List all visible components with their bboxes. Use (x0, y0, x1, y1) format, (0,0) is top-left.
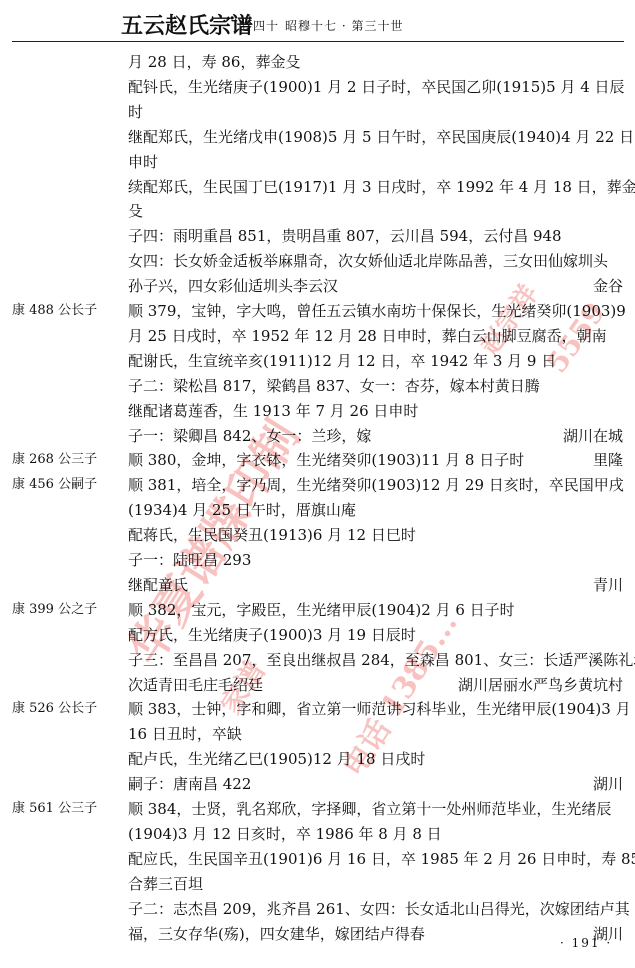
entry-text: (1904)3 月 12 日亥时，卒 1986 年 8 月 8 日 (128, 822, 623, 846)
entry-text: 配蒋氏，生民国癸丑(1913)6 月 12 日巳时 (128, 523, 623, 547)
entry-text: 子一：梁卿昌 842、女一：兰珍，嫁 (128, 424, 623, 448)
entry-text: 续配郑氏，生民国丁巳(1917)1 月 3 日戌时，卒 1992 年 4 月 1… (128, 175, 623, 199)
header-divider (12, 41, 624, 42)
entry-text: 嗣子：唐南昌 422 (128, 772, 623, 796)
entry-text: 配卢氏，生光绪乙巳(1905)12 月 18 日戌时 (128, 747, 623, 771)
residence-place: 湖川 (593, 772, 623, 796)
lineage-label: 康 268 公三子 (12, 448, 122, 472)
entry-text: 顺 380，金坤，字衣钵，生光绪癸卯(1903)11 月 8 日子时 (128, 448, 623, 472)
entry-text: 顺 383，士钟，字和卿，省立第一师范讲习科毕业，生光绪甲辰(1904)3 月 (128, 697, 623, 721)
residence-place: 金谷 (593, 274, 623, 298)
residence-place: 湖川在城 (563, 424, 623, 448)
entry-text: 继配诸葛莲香，生 1913 年 7 月 26 日申时 (128, 399, 623, 423)
entry-text: 继配郑氏，生光绪戊申(1908)5 月 5 日午时，卒民国庚辰(1940)4 月… (128, 125, 623, 149)
entry-text: 月 25 日戌时，卒 1952 年 12 月 28 日申时，葬白云山脚豆腐岙，朝… (128, 324, 623, 348)
entry-text: 配谢氏，生宣统辛亥(1911)12 月 12 日，卒 1942 年 3 月 9 … (128, 349, 623, 373)
volume-label: 卷四十 (240, 17, 279, 34)
entry-text: 顺 384，士贤，乳名郑欣，字择卿，省立第十一处州师范毕业，生光绪辰 (128, 797, 623, 821)
entry-text: 子三：至昌昌 207，至良出继叔昌 284，至森昌 801、女三：长适严溪陈礼坤… (128, 648, 623, 672)
lineage-label: 康 526 公长子 (12, 697, 122, 721)
page-header: 五云赵氏宗谱 · 卷四十 昭穆十七 · 第三十世 (0, 0, 635, 42)
entry-text: 合葬三百坦 (128, 872, 623, 896)
entry-text: 殳 (128, 199, 623, 223)
entry-text: 女四：长女娇金适板举麻鼎奇，次女娇仙适北岸陈品善，三女田仙嫁圳头 (128, 249, 623, 273)
entry-text: (1934)4 月 25 日午时，厝旗山庵 (128, 498, 623, 522)
page-number: · 191 · (560, 936, 612, 950)
entry-text: 子二：梁松昌 817，梁鹤昌 837、女一：杏芬，嫁本村黄日腾 (128, 374, 623, 398)
entry-text: 16 日丑时，卒缺 (128, 722, 623, 746)
entry-text: 顺 379，宝钟，字大鸣，曾任五云镇水南坊十保保长，生光绪癸卯(1903)9 (128, 299, 623, 323)
entry-text: 福，三女存华(殇)，四女建华，嫁团结卢得春 (128, 922, 623, 946)
entry-text: 申时 (128, 150, 623, 174)
lineage-label: 康 399 公之子 (12, 598, 122, 622)
entry-text: 月 28 日，寿 86，葬金殳 (128, 50, 623, 74)
entry-text: 孙子兴，四女彩仙适圳头李云汉 (128, 274, 623, 298)
entry-text: 顺 381，培全，字乃周，生光绪癸卯(1903)12 月 29 日亥时，卒民国甲… (128, 473, 623, 497)
entry-text: 时 (128, 100, 623, 124)
entry-text: 子二：志杰昌 209，兆齐昌 261、女四：长女适北山吕得光，次嫁团结卢其 (128, 897, 623, 921)
entry-text: 配方氏，生光绪庚子(1900)3 月 19 日辰时 (128, 623, 623, 647)
entry-text: 子四：雨明重昌 851，贵明昌重 807，云川昌 594，云付昌 948 (128, 224, 623, 248)
lineage-label: 康 561 公三子 (12, 797, 122, 821)
lineage-label: 康 488 公长子 (12, 299, 122, 323)
entry-text: 配钭氏，生光绪庚子(1900)1 月 2 日子时，卒民国乙卯(1915)5 月 … (128, 75, 623, 99)
entry-text: 配应氏，生民国辛丑(1901)6 月 16 日，卒 1985 年 2 月 26 … (128, 847, 623, 871)
residence-place: 青川 (593, 573, 623, 597)
entry-text: 顺 382，宝元，字殿臣，生光绪甲辰(1904)2 月 6 日子时 (128, 598, 623, 622)
residence-place: 里隆 (593, 448, 623, 472)
residence-place: 湖川居丽水严鸟乡黄坑村 (458, 673, 623, 697)
entry-text: 继配童氏 (128, 573, 623, 597)
title-separator: · (229, 8, 235, 29)
section-label: 昭穆十七 · 第三十世 (285, 17, 403, 34)
entry-text: 子一：陆旺昌 293 (128, 548, 623, 572)
lineage-label: 康 456 公嗣子 (12, 473, 122, 497)
